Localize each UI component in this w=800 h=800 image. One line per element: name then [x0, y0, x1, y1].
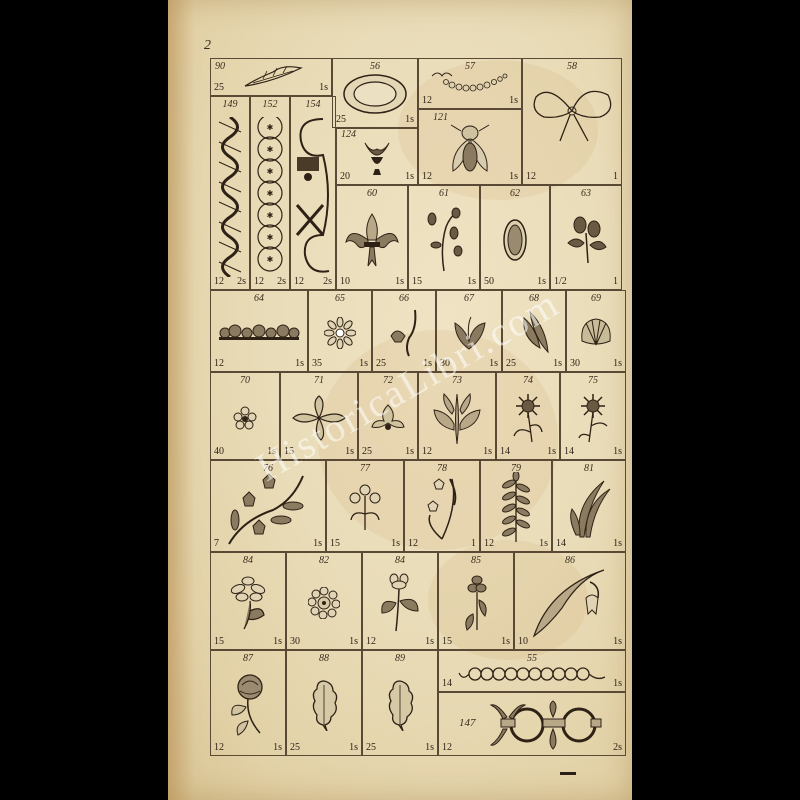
item-number: 152 — [251, 99, 289, 110]
price-left: 12 — [254, 276, 264, 287]
catalogue-cell: 57 12 1s — [418, 58, 522, 109]
price-left: 25 — [290, 742, 300, 753]
price-left: 25 — [362, 446, 372, 457]
blossom-leaves-icon — [378, 573, 422, 633]
item-number: 56 — [333, 61, 417, 72]
price-left: 14 — [564, 446, 574, 457]
price-left: 25 — [366, 742, 376, 753]
catalogue-cell: 149 12 2s — [210, 96, 250, 290]
item-number: 61 — [409, 188, 479, 199]
price-right: 1s — [395, 276, 404, 287]
feather-leaf-icon — [243, 64, 303, 90]
catalogue-cell: 60 10 1s — [336, 185, 408, 290]
price-left: 25 — [214, 82, 224, 93]
item-number: 84 — [211, 555, 285, 566]
price-right: 2s — [277, 276, 286, 287]
rosette-icon — [308, 587, 340, 619]
catalogue-cell: 124 20 1s — [336, 128, 418, 185]
item-number: 86 — [515, 555, 625, 566]
svg-text:✱: ✱ — [267, 255, 274, 264]
catalogue-cell: 65 35 1s — [308, 290, 372, 372]
price-left: 50 — [484, 276, 494, 287]
price-left: 10 — [340, 276, 350, 287]
catalogue-cell: 152 ✱✱✱✱✱✱✱ 12 2s — [250, 96, 290, 290]
catalogue-cell: 85 15 1s — [438, 552, 514, 650]
price-right: 1s — [613, 636, 622, 647]
price-right: 1s — [405, 114, 414, 125]
item-number: 67 — [437, 293, 501, 304]
price-left: 25 — [376, 358, 386, 369]
oak-leaf-icon — [309, 679, 339, 731]
price-left: 12 — [214, 276, 224, 287]
price-left: 14 — [442, 678, 452, 689]
price-right: 1s — [509, 171, 518, 182]
wavy-scroll-border-icon — [215, 117, 245, 277]
price-right: 1s — [483, 446, 492, 457]
price-right: 1s — [313, 538, 322, 549]
price-left: 12 — [214, 742, 224, 753]
price-right: 1s — [273, 742, 282, 753]
price-left: 30 — [290, 636, 300, 647]
price-left: 12 — [526, 171, 536, 182]
item-number: 75 — [561, 375, 625, 386]
lily-of-valley-icon — [422, 475, 462, 541]
catalogue-cell: 62 50 1s — [480, 185, 550, 290]
svg-text:✱: ✱ — [267, 233, 274, 242]
catalogue-cell: 88 25 1s — [286, 650, 362, 756]
price-left: 25 — [506, 358, 516, 369]
catalogue-cell: 77 15 1s — [326, 460, 404, 552]
forget-me-not-icon — [347, 484, 383, 532]
catalogue-cell: 79 12 1s — [480, 460, 552, 552]
item-number: 78 — [405, 463, 479, 474]
price-right: 1s — [467, 276, 476, 287]
price-left: 35 — [312, 358, 322, 369]
sunflower-icon — [510, 392, 546, 444]
svg-text:✱: ✱ — [267, 123, 274, 132]
price-right: 1s — [613, 446, 622, 457]
press-mark — [560, 772, 576, 775]
catalogue-cell: 82 30 1s — [286, 552, 362, 650]
price-right: 1s — [345, 446, 354, 457]
price-left: 25 — [336, 114, 346, 125]
violet-icon — [461, 574, 491, 632]
price-right: 1s — [425, 742, 434, 753]
rose-icon — [226, 673, 270, 737]
price-right: 1s — [273, 636, 282, 647]
item-number: 82 — [287, 555, 361, 566]
catalogue-cell: 75 14 1s — [560, 372, 626, 460]
price-right: 1s — [547, 446, 556, 457]
grass-tuft-icon — [566, 475, 612, 541]
daisy-rosette-icon — [324, 317, 356, 349]
catalogue-cell: 84 15 1s — [210, 552, 286, 650]
item-number: 88 — [287, 653, 361, 664]
catalogue-page: 2 90 25 1s 56 25 1s 57 12 1s 58 12 1 149… — [168, 0, 632, 800]
catalogue-cell: 69 30 1s — [566, 290, 626, 372]
price-left: 15 — [412, 276, 422, 287]
price-right: 1s — [613, 358, 622, 369]
catalogue-cell: 64 12 1s — [210, 290, 308, 372]
price-right: 2s — [613, 742, 622, 753]
foliage-border-icon — [217, 323, 301, 343]
price-right: 1s — [425, 636, 434, 647]
flower-sprig-icon — [422, 207, 466, 273]
catalogue-cell: 86 10 1s — [514, 552, 626, 650]
price-right: 1s — [349, 636, 358, 647]
price-right: 1s — [613, 538, 622, 549]
item-number: 65 — [309, 293, 371, 304]
price-right: 1s — [501, 636, 510, 647]
item-number: 64 — [211, 293, 307, 304]
price-left: 14 — [500, 446, 510, 457]
price-right: 1s — [553, 358, 562, 369]
item-number: 74 — [497, 375, 559, 386]
ribbon-bow-icon — [530, 83, 614, 147]
rosette-chain-border-icon: ✱✱✱✱✱✱✱ — [255, 117, 285, 277]
svg-text:✱: ✱ — [267, 189, 274, 198]
daisy-stem-icon — [575, 392, 611, 444]
oval-medallion-icon — [502, 218, 528, 262]
fern-frond-icon — [499, 472, 533, 544]
catalogue-cell: 154 12 2s — [290, 96, 336, 290]
page-number: 2 — [204, 38, 211, 54]
price-right: 1s — [539, 538, 548, 549]
small-flower-icon — [233, 406, 257, 430]
price-right: 1s — [349, 742, 358, 753]
item-number: 89 — [363, 653, 437, 664]
price-left: 14 — [556, 538, 566, 549]
item-number: 66 — [373, 293, 435, 304]
catalogue-cell: 78 12 1 — [404, 460, 480, 552]
catalogue-cell: 58 12 1 — [522, 58, 622, 185]
catalogue-cell: 63 1/2 1 — [550, 185, 622, 290]
catalogue-cell: 55 14 1s — [438, 650, 626, 692]
item-number: 58 — [523, 61, 621, 72]
price-right: 2s — [237, 276, 246, 287]
price-right: 1s — [295, 358, 304, 369]
svg-text:✱: ✱ — [267, 145, 274, 154]
catalogue-cell: 56 25 1s — [332, 58, 418, 128]
price-right: 1 — [613, 171, 618, 182]
price-left: 7 — [214, 538, 219, 549]
price-left: 12 — [408, 538, 418, 549]
item-number: 62 — [481, 188, 549, 199]
item-number: 81 — [553, 463, 625, 474]
price-right: 1s — [613, 678, 622, 689]
catalogue-cell: 90 25 1s — [210, 58, 332, 96]
price-left: 12 — [422, 95, 432, 106]
price-left: 1/2 — [554, 276, 567, 287]
acanthus-icon — [430, 390, 484, 446]
item-number: 85 — [439, 555, 513, 566]
item-number: 77 — [327, 463, 403, 474]
catalogue-cell: 147 12 2s — [438, 692, 626, 756]
catalogue-cell: 61 15 1s — [408, 185, 480, 290]
price-left: 15 — [214, 636, 224, 647]
price-left: 30 — [570, 358, 580, 369]
price-left: 12 — [484, 538, 494, 549]
price-left: 12 — [214, 358, 224, 369]
acorn-sprig-icon — [564, 215, 608, 265]
flower-on-stem-icon — [228, 575, 268, 631]
price-left: 12 — [366, 636, 376, 647]
scallop-shell-icon — [578, 317, 614, 349]
price-right: 1 — [471, 538, 476, 549]
svg-text:✱: ✱ — [267, 167, 274, 176]
catalogue-cell: 87 12 1s — [210, 650, 286, 756]
price-left: 12 — [294, 276, 304, 287]
price-right: 1s — [405, 446, 414, 457]
price-left: 12 — [442, 742, 452, 753]
price-right: 1s — [391, 538, 400, 549]
snowdrop-leaf-icon — [530, 568, 610, 638]
bell-flower-icon — [387, 308, 421, 358]
twisted-cord-border-icon — [457, 665, 607, 683]
item-number: 70 — [211, 375, 279, 386]
item-number: 154 — [291, 99, 335, 110]
price-left: 10 — [518, 636, 528, 647]
svg-text:✱: ✱ — [267, 211, 274, 220]
price-left: 15 — [442, 636, 452, 647]
oval-ring-icon — [342, 73, 408, 115]
item-number: 69 — [567, 293, 625, 304]
item-number: 84 — [363, 555, 437, 566]
price-left: 12 — [422, 446, 432, 457]
item-number: 60 — [337, 188, 407, 199]
catalogue-cell: 121 12 1s — [418, 109, 522, 185]
catalogue-cell: 81 14 1s — [552, 460, 626, 552]
crown-torch-scroll-icon — [293, 115, 333, 279]
fleur-de-lis-icon — [344, 212, 400, 268]
price-right: 1 — [613, 276, 618, 287]
catalogue-cell: 74 14 1s — [496, 372, 560, 460]
catalogue-cell: 84 12 1s — [362, 552, 438, 650]
item-number: 87 — [211, 653, 285, 664]
catalogue-cell: 89 25 1s — [362, 650, 438, 756]
item-number: 55 — [439, 653, 625, 664]
item-number: 149 — [211, 99, 249, 110]
price-left: 12 — [422, 171, 432, 182]
price-left: 20 — [340, 171, 350, 182]
oak-leaf-icon — [385, 679, 415, 731]
double-ring-anthemion-icon — [487, 699, 607, 751]
item-number: 63 — [551, 188, 621, 199]
price-right: 1s — [405, 171, 414, 182]
price-right: 1s — [509, 95, 518, 106]
price-left: 15 — [330, 538, 340, 549]
pearl-string-icon — [428, 70, 512, 92]
price-left: 40 — [214, 446, 224, 457]
price-right: 2s — [323, 276, 332, 287]
price-right: 1s — [359, 358, 368, 369]
doves-urn-icon — [361, 139, 393, 177]
item-number: 71 — [281, 375, 357, 386]
price-right: 1s — [319, 82, 328, 93]
bee-icon — [447, 121, 493, 175]
